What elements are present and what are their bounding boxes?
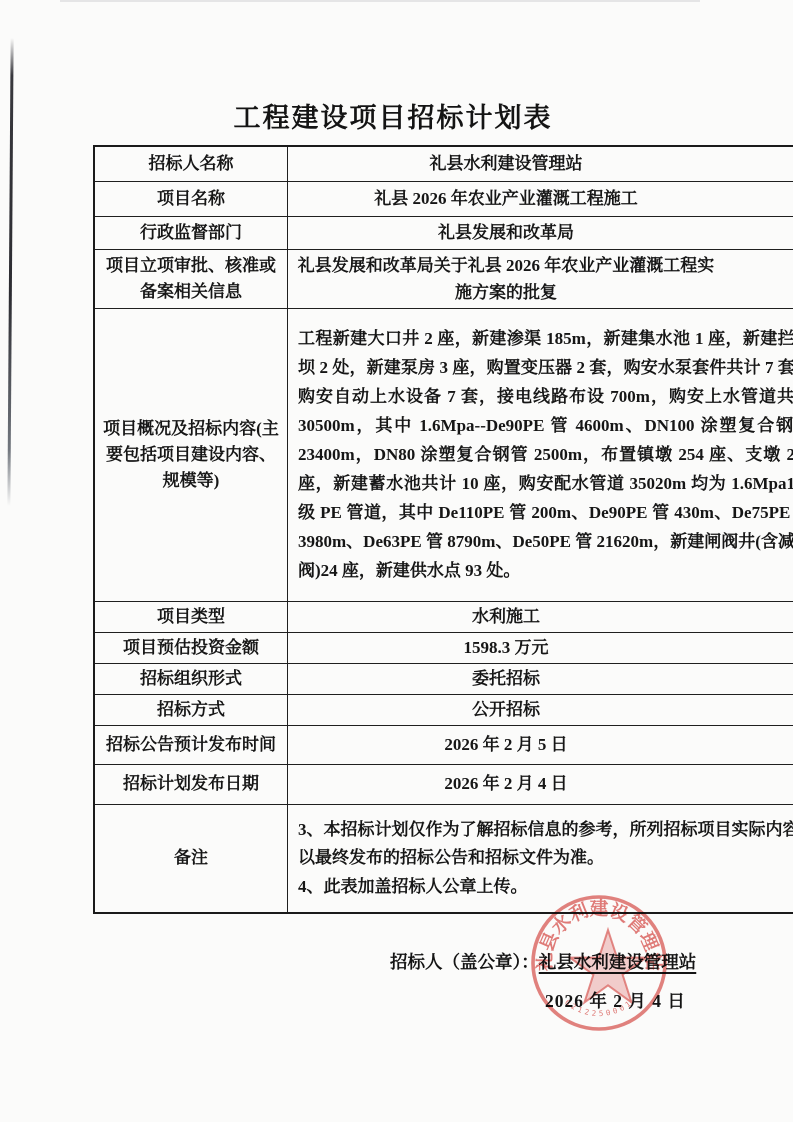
table-row: 备注 3、本招标计划仅作为了解招标信息的参考，所列招标项目实际内容以最终发布的招…	[94, 804, 793, 913]
field-label-project-name: 项目名称	[94, 181, 288, 216]
scanned-document-page: 工程建设项目招标计划表 招标人名称 礼县水利建设管理站 项目名称 礼县 2026…	[0, 0, 793, 1122]
remark-line-1: 3、本招标计划仅作为了解招标信息的参考，所列招标项目实际内容以最终发布的招标公告…	[298, 816, 793, 873]
star-icon	[570, 930, 646, 1002]
bidding-plan-table: 招标人名称 礼县水利建设管理站 项目名称 礼县 2026 年农业产业灌溉工程施工…	[93, 145, 793, 914]
field-label-estimated-investment: 项目预估投资金额	[94, 632, 288, 663]
scan-noise-top	[60, 0, 700, 2]
field-label-project-type: 项目类型	[94, 601, 288, 632]
field-label-bidder-name: 招标人名称	[94, 146, 288, 181]
table-row: 项目类型 水利施工	[94, 601, 793, 632]
table-row: 招标组织形式 委托招标	[94, 663, 793, 694]
field-label-announcement-date: 招标公告预计发布时间	[94, 725, 288, 764]
table-row: 招标公告预计发布时间 2026 年 2 月 5 日	[94, 725, 793, 764]
field-value-announcement-date: 2026 年 2 月 5 日	[288, 725, 793, 764]
field-value-bidding-method: 公开招标	[288, 694, 793, 725]
seal-code-text: 6212250001	[563, 998, 635, 1018]
table-row: 招标计划发布日期 2026 年 2 月 4 日	[94, 764, 793, 804]
field-label-bidding-method: 招标方式	[94, 694, 288, 725]
table-row: 行政监督部门 礼县发展和改革局	[94, 216, 793, 249]
field-label-plan-publish-date: 招标计划发布日期	[94, 764, 288, 804]
document-title: 工程建设项目招标计划表	[93, 96, 693, 135]
field-label-supervising-dept: 行政监督部门	[94, 216, 288, 249]
table-row: 项目概况及招标内容(主要包括项目建设内容、规模等) 工程新建大口井 2 座，新建…	[94, 308, 793, 601]
table-row: 招标方式 公开招标	[94, 694, 793, 725]
signature-label: 招标人（盖公章）：	[390, 952, 539, 972]
table-row: 项目预估投资金额 1598.3 万元	[94, 632, 793, 663]
field-value-estimated-investment: 1598.3 万元	[288, 632, 793, 663]
field-label-organization-form: 招标组织形式	[94, 663, 288, 694]
field-value-approval-info: 礼县发展和改革局关于礼县 2026 年农业产业灌溉工程实施方案的批复	[288, 249, 793, 308]
field-value-project-overview: 工程新建大口井 2 座，新建渗渠 185m，新建集水池 1 座，新建拦水坝 2 …	[288, 308, 793, 601]
field-label-remarks: 备注	[94, 804, 288, 913]
field-value-bidder-name: 礼县水利建设管理站	[288, 146, 793, 181]
svg-text:6212250001: 6212250001	[563, 998, 635, 1018]
field-value-organization-form: 委托招标	[288, 663, 793, 694]
field-value-supervising-dept: 礼县发展和改革局	[288, 216, 793, 249]
table-row: 招标人名称 礼县水利建设管理站	[94, 146, 793, 181]
table-row: 项目立项审批、核准或备案相关信息 礼县发展和改革局关于礼县 2026 年农业产业…	[94, 249, 793, 308]
table-row: 项目名称 礼县 2026 年农业产业灌溉工程施工	[94, 181, 793, 216]
field-label-project-overview: 项目概况及招标内容(主要包括项目建设内容、规模等)	[94, 308, 288, 601]
scan-artifact-line	[7, 38, 13, 506]
field-label-approval-info: 项目立项审批、核准或备案相关信息	[94, 249, 288, 308]
field-value-project-type: 水利施工	[288, 601, 793, 632]
field-value-plan-publish-date: 2026 年 2 月 4 日	[288, 764, 793, 804]
official-seal-stamp: 礼县水利建设管理站 6212250001	[519, 883, 679, 1043]
field-value-project-name: 礼县 2026 年农业产业灌溉工程施工	[288, 181, 793, 216]
